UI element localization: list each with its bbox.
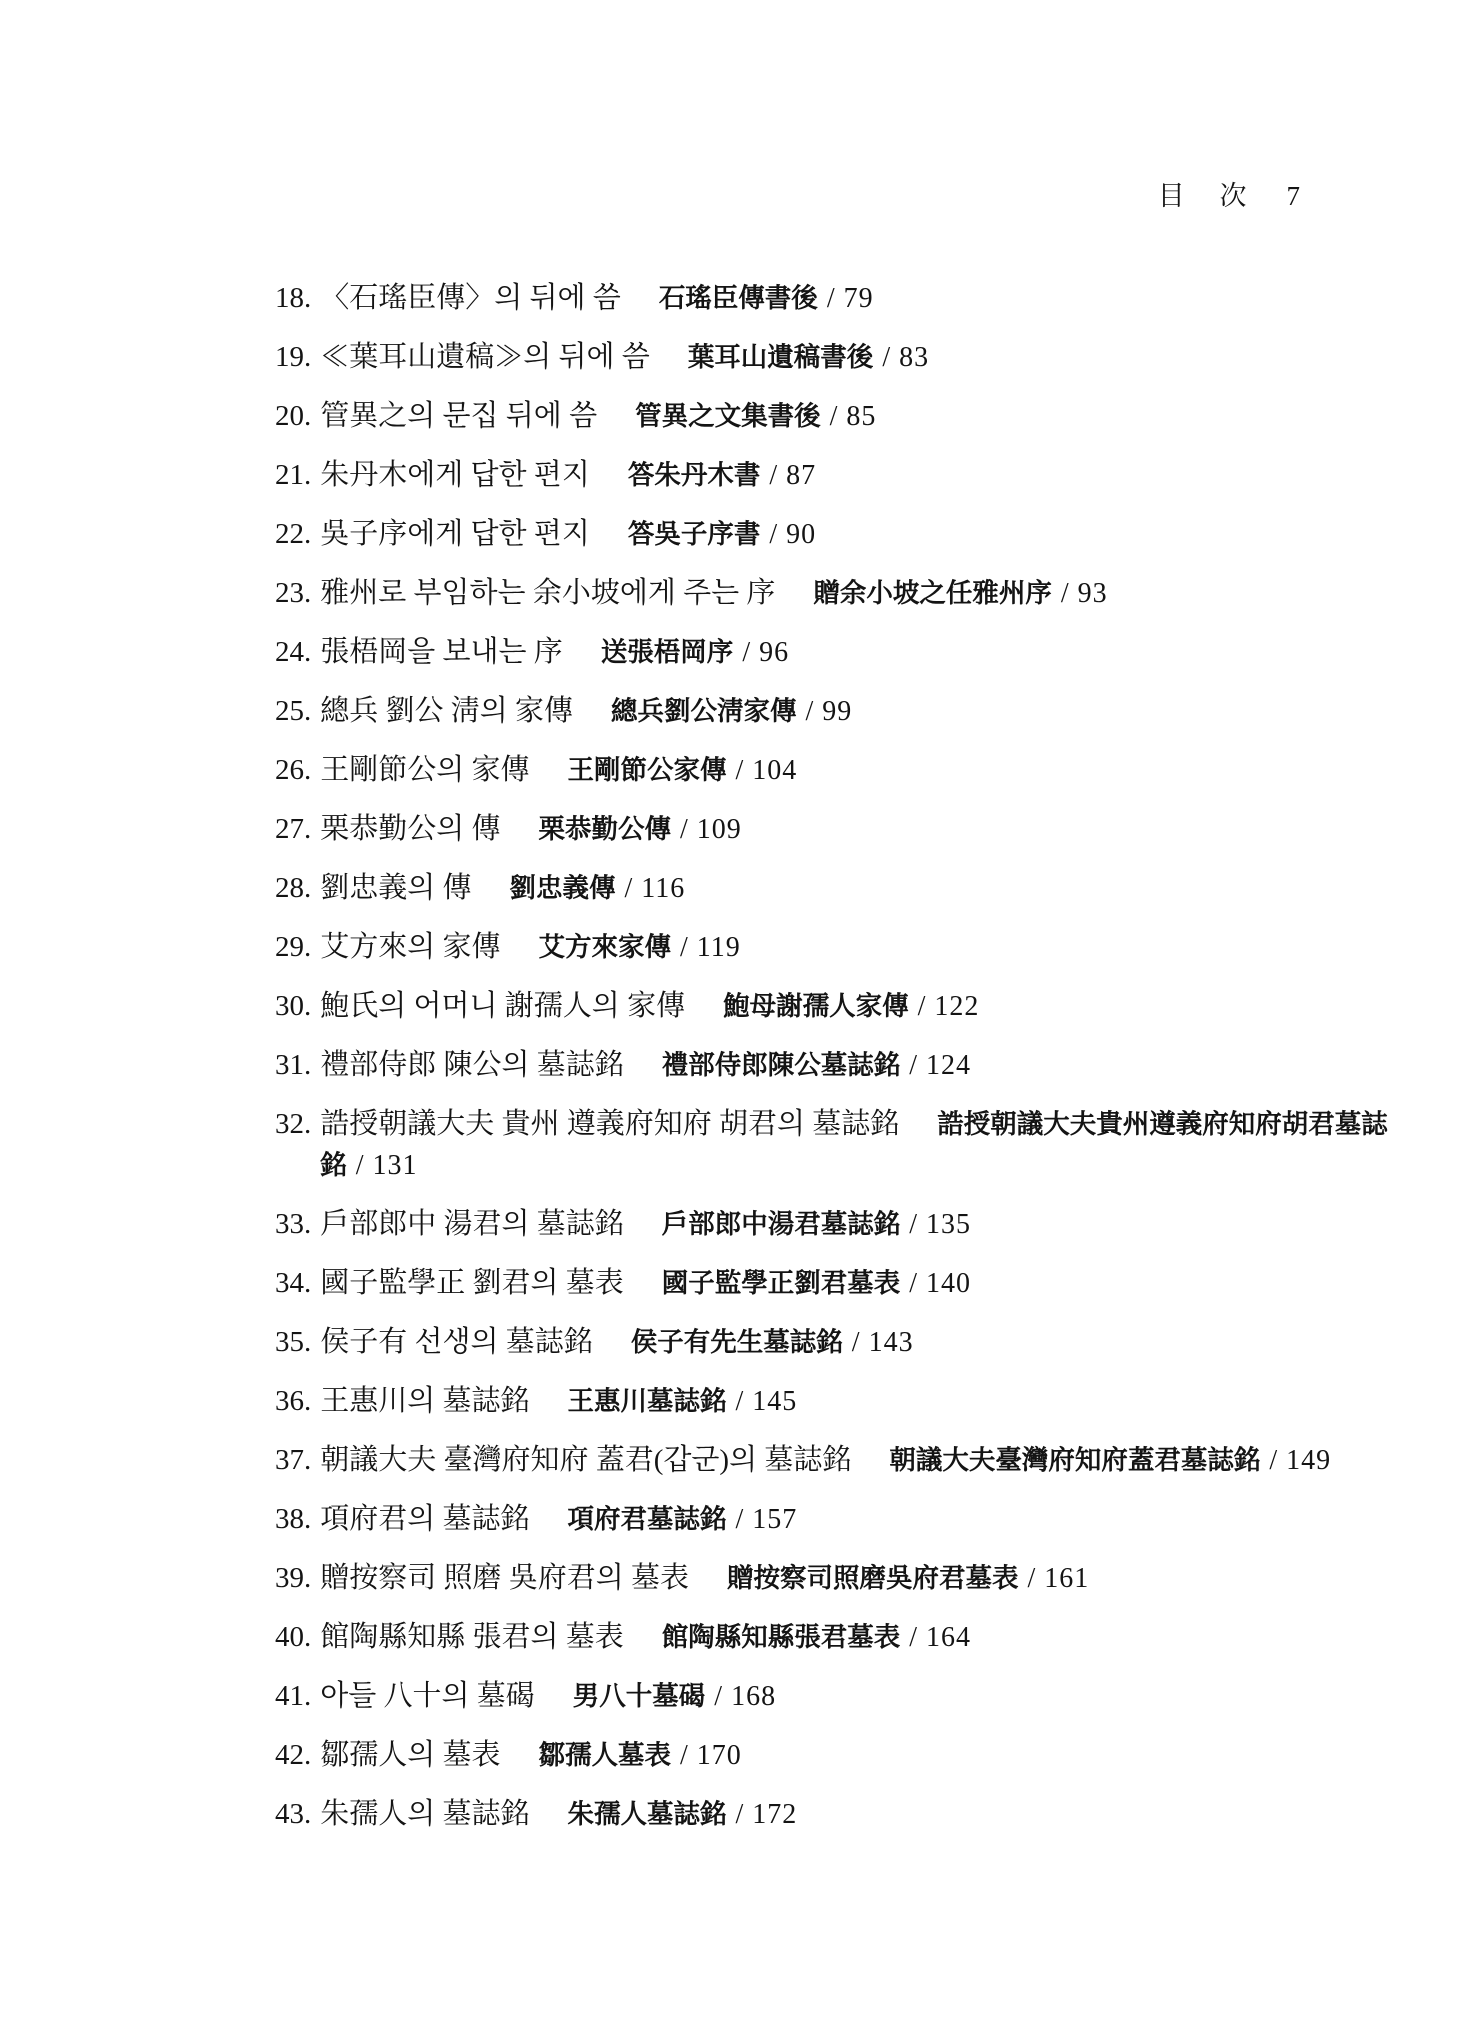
- entry-title-korean: 禮部侍郎 陳公의 墓誌銘: [320, 1049, 624, 1081]
- entry-body: 〈石瑤臣傳〉의 뒤에 씀石瑤臣傳書後/79: [320, 278, 1405, 319]
- entry-title-korean: 艾方來의 家傳: [320, 931, 500, 963]
- entry-number: 41.: [275, 1676, 311, 1717]
- entry-body: 項府君의 墓誌銘項府君墓誌銘/157: [320, 1499, 1405, 1540]
- toc-entry: 27. 栗恭勤公의 傳栗恭勤公傳/109: [275, 809, 1405, 850]
- entry-title-korean: 朝議大夫 臺灣府知府 蓋君(갑군)의 墓誌銘: [320, 1444, 851, 1476]
- entry-separator: /: [1260, 1445, 1286, 1476]
- entry-number: 28.: [275, 868, 311, 909]
- entry-separator: /: [727, 1386, 753, 1417]
- entry-title-korean: 鄒孺人의 墓表: [320, 1739, 500, 1771]
- toc-entry: 29. 艾方來의 家傳艾方來家傳/119: [275, 927, 1405, 968]
- entry-separator: /: [873, 342, 899, 373]
- toc-entry: 21. 朱丹木에게 답한 편지答朱丹木書/87: [275, 455, 1405, 496]
- entry-number: 43.: [275, 1794, 311, 1835]
- entry-title-korean: 雅州로 부임하는 余小坡에게 주는 序: [320, 577, 775, 609]
- entry-body: 朝議大夫 臺灣府知府 蓋君(갑군)의 墓誌銘朝議大夫臺灣府知府蓋君墓誌銘/149: [320, 1440, 1405, 1481]
- entry-number: 20.: [275, 396, 311, 437]
- entry-separator: /: [900, 1622, 926, 1653]
- entry-number: 33.: [275, 1204, 311, 1245]
- entry-number: 36.: [275, 1381, 311, 1422]
- entry-separator: /: [733, 637, 759, 668]
- toc-list: 18. 〈石瑤臣傳〉의 뒤에 씀石瑤臣傳書後/79 19. ≪葉耳山遺稿≫의 뒤…: [275, 278, 1405, 1853]
- entry-number: 23.: [275, 573, 311, 614]
- entry-separator: /: [727, 1799, 753, 1830]
- entry-page-number: 124: [926, 1050, 971, 1081]
- entry-body: 雅州로 부임하는 余小坡에게 주는 序贈余小坡之任雅州序/93: [320, 573, 1405, 614]
- entry-body: 誥授朝議大夫 貴州 遵義府知府 胡君의 墓誌銘誥授朝議大夫貴州遵義府知府胡君墓誌…: [320, 1104, 1405, 1186]
- toc-entry: 41. 아들 八十의 墓碣男八十墓碣/168: [275, 1676, 1405, 1717]
- entry-title-korean: 侯子有 선생의 墓誌銘: [320, 1326, 593, 1358]
- entry-body: ≪葉耳山遺稿≫의 뒤에 씀葉耳山遺稿書後/83: [320, 337, 1405, 378]
- entry-number: 38.: [275, 1499, 311, 1540]
- toc-entry: 39. 贈按察司 照磨 吳府君의 墓表贈按察司照磨吳府君墓表/161: [275, 1558, 1405, 1599]
- entry-number: 21.: [275, 455, 311, 496]
- toc-entry: 37. 朝議大夫 臺灣府知府 蓋君(갑군)의 墓誌銘朝議大夫臺灣府知府蓋君墓誌銘…: [275, 1440, 1405, 1481]
- entry-page-number: 104: [752, 755, 797, 786]
- entry-page-number: 170: [697, 1740, 742, 1771]
- entry-body: 贈按察司 照磨 吳府君의 墓表贈按察司照磨吳府君墓表/161: [320, 1558, 1405, 1599]
- entry-number: 42.: [275, 1735, 311, 1776]
- entry-title-korean: 國子監學正 劉君의 墓表: [320, 1267, 624, 1299]
- entry-title-hanja: 禮部侍郎陳公墓誌銘: [662, 1050, 901, 1080]
- page-header: 目 次7: [1158, 174, 1302, 213]
- header-title: 目 次: [1158, 181, 1261, 211]
- entry-number: 26.: [275, 750, 311, 791]
- entry-page-number: 157: [752, 1504, 797, 1535]
- entry-body: 아들 八十의 墓碣男八十墓碣/168: [320, 1676, 1405, 1717]
- entry-title-hanja: 國子監學正劉君墓表: [662, 1268, 901, 1298]
- entry-page-number: 168: [731, 1681, 776, 1712]
- entry-page-number: 119: [697, 932, 741, 963]
- entry-title-korean: 王剛節公의 家傳: [320, 754, 529, 786]
- entry-page-number: 149: [1286, 1445, 1331, 1476]
- toc-entry: 28. 劉忠義의 傳劉忠義傳/116: [275, 868, 1405, 909]
- entry-number: 22.: [275, 514, 311, 555]
- entry-title-korean: 戶部郎中 湯君의 墓誌銘: [320, 1208, 624, 1240]
- toc-entry: 20. 管異之의 문집 뒤에 씀管異之文集書後/85: [275, 396, 1405, 437]
- entry-separator: /: [705, 1681, 731, 1712]
- entry-title-korean: 朱孺人의 墓誌銘: [320, 1798, 529, 1830]
- entry-title-hanja: 總兵劉公淸家傳: [611, 696, 797, 726]
- entry-title-hanja: 答朱丹木書: [628, 460, 761, 490]
- entry-separator: /: [671, 932, 697, 963]
- entry-number: 32.: [275, 1104, 311, 1145]
- toc-entry: 23. 雅州로 부임하는 余小坡에게 주는 序贈余小坡之任雅州序/93: [275, 573, 1405, 614]
- entry-separator: /: [818, 283, 844, 314]
- entry-body: 劉忠義의 傳劉忠義傳/116: [320, 868, 1405, 909]
- entry-separator: /: [1052, 578, 1078, 609]
- toc-entry: 33. 戶部郎中 湯君의 墓誌銘戶部郎中湯君墓誌銘/135: [275, 1204, 1405, 1245]
- entry-title-hanja: 贈按察司照磨吳府君墓表: [727, 1563, 1019, 1593]
- entry-body: 朱孺人의 墓誌銘朱孺人墓誌銘/172: [320, 1794, 1405, 1835]
- entry-separator: /: [760, 460, 786, 491]
- entry-page-number: 96: [759, 637, 789, 668]
- entry-title-korean: 吳子序에게 답한 편지: [320, 518, 590, 550]
- entry-number: 18.: [275, 278, 311, 319]
- toc-entry: 38. 項府君의 墓誌銘項府君墓誌銘/157: [275, 1499, 1405, 1540]
- entry-title-korean: 贈按察司 照磨 吳府君의 墓表: [320, 1562, 689, 1594]
- entry-page-number: 99: [822, 696, 852, 727]
- entry-title-hanja: 栗恭勤公傳: [539, 814, 672, 844]
- entry-number: 25.: [275, 691, 311, 732]
- entry-body: 張梧岡을 보내는 序送張梧岡序/96: [320, 632, 1405, 673]
- entry-title-korean: 管異之의 문집 뒤에 씀: [320, 400, 597, 432]
- entry-body: 王剛節公의 家傳王剛節公家傳/104: [320, 750, 1405, 791]
- entry-title-korean: 鮑氏의 어머니 謝孺人의 家傳: [320, 990, 685, 1022]
- entry-body: 栗恭勤公의 傳栗恭勤公傳/109: [320, 809, 1405, 850]
- entry-number: 19.: [275, 337, 311, 378]
- entry-separator: /: [821, 401, 847, 432]
- entry-title-korean: 王惠川의 墓誌銘: [320, 1385, 529, 1417]
- entry-body: 朱丹木에게 답한 편지答朱丹木書/87: [320, 455, 1405, 496]
- toc-entry: 19. ≪葉耳山遺稿≫의 뒤에 씀葉耳山遺稿書後/83: [275, 337, 1405, 378]
- entry-number: 39.: [275, 1558, 311, 1599]
- entry-title-korean: 誥授朝議大夫 貴州 遵義府知府 胡君의 墓誌銘: [320, 1108, 899, 1140]
- entry-title-hanja: 石瑤臣傳書後: [659, 283, 818, 313]
- toc-entry: 31. 禮部侍郎 陳公의 墓誌銘禮部侍郎陳公墓誌銘/124: [275, 1045, 1405, 1086]
- entry-title-korean: 〈石瑤臣傳〉의 뒤에 씀: [320, 282, 621, 314]
- entry-body: 國子監學正 劉君의 墓表國子監學正劉君墓表/140: [320, 1263, 1405, 1304]
- entry-number: 29.: [275, 927, 311, 968]
- entry-separator: /: [843, 1327, 869, 1358]
- entry-page-number: 83: [899, 342, 929, 373]
- entry-page-number: 79: [844, 283, 874, 314]
- entry-title-hanja: 管異之文集書後: [635, 401, 821, 431]
- header-page-number: 7: [1287, 181, 1303, 211]
- entry-page-number: 109: [697, 814, 742, 845]
- entry-title-hanja: 侯子有先生墓誌銘: [631, 1327, 843, 1357]
- entry-page-number: 161: [1044, 1563, 1089, 1594]
- entry-title-hanja: 男八十墓碣: [573, 1681, 706, 1711]
- entry-page-number: 116: [641, 873, 685, 904]
- entry-title-hanja: 王剛節公家傳: [568, 755, 727, 785]
- entry-title-hanja: 項府君墓誌銘: [568, 1504, 727, 1534]
- entry-title-korean: 館陶縣知縣 張君의 墓表: [320, 1621, 624, 1653]
- entry-separator: /: [727, 755, 753, 786]
- entry-body: 總兵 劉公 淸의 家傳總兵劉公淸家傳/99: [320, 691, 1405, 732]
- entry-page-number: 85: [846, 401, 876, 432]
- toc-entry: 34. 國子監學正 劉君의 墓表國子監學正劉君墓表/140: [275, 1263, 1405, 1304]
- entry-separator: /: [900, 1209, 926, 1240]
- toc-entry: 26. 王剛節公의 家傳王剛節公家傳/104: [275, 750, 1405, 791]
- entry-body: 艾方來의 家傳艾方來家傳/119: [320, 927, 1405, 968]
- toc-entry: 18. 〈石瑤臣傳〉의 뒤에 씀石瑤臣傳書後/79: [275, 278, 1405, 319]
- toc-entry: 24. 張梧岡을 보내는 序送張梧岡序/96: [275, 632, 1405, 673]
- entry-title-hanja: 鮑母謝孺人家傳: [723, 991, 909, 1021]
- entry-title-hanja: 贈余小坡之任雅州序: [813, 578, 1052, 608]
- entry-page-number: 87: [786, 460, 816, 491]
- entry-title-hanja: 王惠川墓誌銘: [568, 1386, 727, 1416]
- entry-body: 管異之의 문집 뒤에 씀管異之文集書後/85: [320, 396, 1405, 437]
- entry-body: 館陶縣知縣 張君의 墓表館陶縣知縣張君墓表/164: [320, 1617, 1405, 1658]
- toc-entry: 30. 鮑氏의 어머니 謝孺人의 家傳鮑母謝孺人家傳/122: [275, 986, 1405, 1027]
- entry-body: 鮑氏의 어머니 謝孺人의 家傳鮑母謝孺人家傳/122: [320, 986, 1405, 1027]
- entry-body: 鄒孺人의 墓表鄒孺人墓表/170: [320, 1735, 1405, 1776]
- entry-number: 37.: [275, 1440, 311, 1481]
- entry-number: 40.: [275, 1617, 311, 1658]
- toc-entry: 40. 館陶縣知縣 張君의 墓表館陶縣知縣張君墓表/164: [275, 1617, 1405, 1658]
- entry-body: 戶部郎中 湯君의 墓誌銘戶部郎中湯君墓誌銘/135: [320, 1204, 1405, 1245]
- entry-separator: /: [347, 1150, 373, 1181]
- entry-page-number: 143: [869, 1327, 914, 1358]
- entry-title-hanja: 戶部郎中湯君墓誌銘: [662, 1209, 901, 1239]
- entry-page-number: 145: [752, 1386, 797, 1417]
- entry-body: 王惠川의 墓誌銘王惠川墓誌銘/145: [320, 1381, 1405, 1422]
- entry-title-hanja: 艾方來家傳: [539, 932, 672, 962]
- entry-number: 35.: [275, 1322, 311, 1363]
- entry-number: 30.: [275, 986, 311, 1027]
- toc-entry: 42. 鄒孺人의 墓表鄒孺人墓表/170: [275, 1735, 1405, 1776]
- entry-title-korean: 張梧岡을 보내는 序: [320, 636, 563, 668]
- entry-separator: /: [797, 696, 823, 727]
- entry-title-korean: ≪葉耳山遺稿≫의 뒤에 씀: [320, 341, 650, 373]
- entry-title-korean: 栗恭勤公의 傳: [320, 813, 500, 845]
- entry-title-korean: 總兵 劉公 淸의 家傳: [320, 695, 573, 727]
- entry-title-korean: 項府君의 墓誌銘: [320, 1503, 529, 1535]
- entry-body: 侯子有 선생의 墓誌銘侯子有先生墓誌銘/143: [320, 1322, 1405, 1363]
- entry-title-korean: 劉忠義의 傳: [320, 872, 471, 904]
- entry-title-korean: 아들 八十의 墓碣: [320, 1680, 535, 1712]
- toc-entry: 43. 朱孺人의 墓誌銘朱孺人墓誌銘/172: [275, 1794, 1405, 1835]
- entry-number: 31.: [275, 1045, 311, 1086]
- entry-page-number: 135: [926, 1209, 971, 1240]
- entry-separator: /: [616, 873, 642, 904]
- entry-page-number: 131: [373, 1150, 418, 1181]
- toc-entry: 36. 王惠川의 墓誌銘王惠川墓誌銘/145: [275, 1381, 1405, 1422]
- entry-body: 禮部侍郎 陳公의 墓誌銘禮部侍郎陳公墓誌銘/124: [320, 1045, 1405, 1086]
- entry-title-hanja: 劉忠義傳: [510, 873, 616, 903]
- entry-page-number: 164: [926, 1622, 971, 1653]
- toc-entry: 25. 總兵 劉公 淸의 家傳總兵劉公淸家傳/99: [275, 691, 1405, 732]
- entry-page-number: 90: [786, 519, 816, 550]
- entry-title-hanja: 答吳子序書: [628, 519, 761, 549]
- entry-separator: /: [760, 519, 786, 550]
- entry-number: 27.: [275, 809, 311, 850]
- entry-title-korean: 朱丹木에게 답한 편지: [320, 459, 590, 491]
- entry-separator: /: [727, 1504, 753, 1535]
- entry-separator: /: [900, 1268, 926, 1299]
- entry-title-hanja: 館陶縣知縣張君墓表: [662, 1622, 901, 1652]
- entry-separator: /: [1019, 1563, 1045, 1594]
- entry-number: 24.: [275, 632, 311, 673]
- entry-body: 吳子序에게 답한 편지答吳子序書/90: [320, 514, 1405, 555]
- toc-entry: 32. 誥授朝議大夫 貴州 遵義府知府 胡君의 墓誌銘誥授朝議大夫貴州遵義府知府…: [275, 1104, 1405, 1186]
- entry-separator: /: [900, 1050, 926, 1081]
- entry-page-number: 140: [926, 1268, 971, 1299]
- entry-title-hanja: 鄒孺人墓表: [539, 1740, 672, 1770]
- toc-entry: 35. 侯子有 선생의 墓誌銘侯子有先生墓誌銘/143: [275, 1322, 1405, 1363]
- entry-title-hanja: 葉耳山遺稿書後: [688, 342, 874, 372]
- toc-entry: 22. 吳子序에게 답한 편지答吳子序書/90: [275, 514, 1405, 555]
- entry-number: 34.: [275, 1263, 311, 1304]
- entry-separator: /: [671, 814, 697, 845]
- entry-page-number: 122: [934, 991, 979, 1022]
- entry-page-number: 172: [752, 1799, 797, 1830]
- entry-page-number: 93: [1078, 578, 1108, 609]
- entry-title-hanja: 朱孺人墓誌銘: [568, 1799, 727, 1829]
- entry-separator: /: [909, 991, 935, 1022]
- entry-separator: /: [671, 1740, 697, 1771]
- entry-title-hanja: 朝議大夫臺灣府知府蓋君墓誌銘: [889, 1445, 1260, 1475]
- entry-title-hanja: 送張梧岡序: [601, 637, 734, 667]
